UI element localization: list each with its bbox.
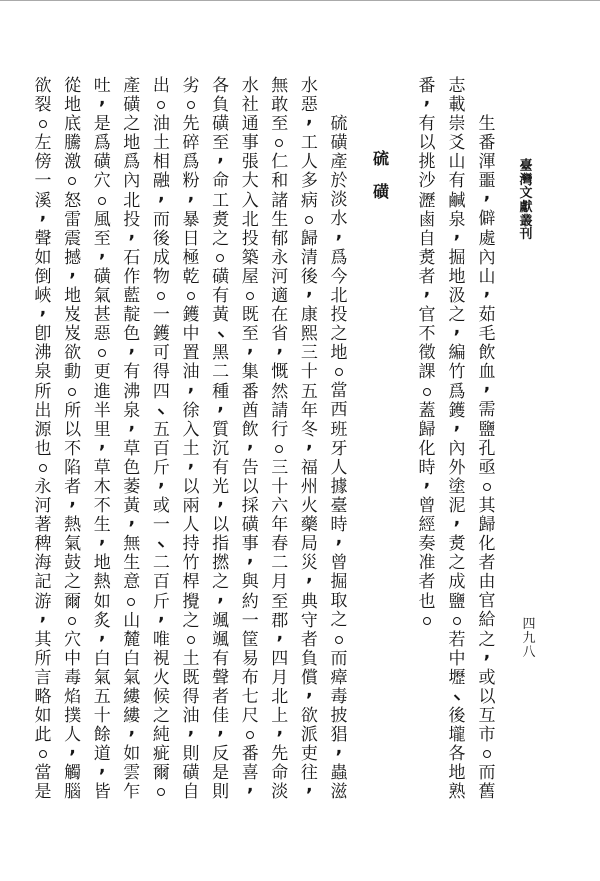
text-column: 各負磺至，命工煑之。磺有黃、黑二種，質沉有光，以指撚之，颯颯有聲者佳，反是則 xyxy=(211,77,231,803)
text-column: 生番渾噩，僻處內山，茹毛飲血，需鹽孔亟。其歸化者由官給之，或以互市。而舊 xyxy=(477,115,497,802)
text-column: 硫磺產於淡水，爲今北投之地。當西班牙人據臺時，曾掘取之。而瘴毒披猖，蟲滋 xyxy=(329,115,349,802)
text-column: 水惡，工人多病。歸清後，康熙三十五年冬，福州火藥局災，典守者負償，欲派吏往， xyxy=(299,77,319,803)
running-title: 臺灣文獻叢刊 xyxy=(516,160,536,242)
text-column: 欲裂。左傍一溪，聲如倒峽，卽沸泉所出源也。永河著稗海記游，其所言略如此。當是 xyxy=(33,77,53,803)
section-heading: 硫磺 xyxy=(371,150,391,216)
text-column: 無敢至。仁和諸生郁永河適在省，慨然請行。三十六年春二月至郡，四月北上，先命淡 xyxy=(270,77,290,803)
text-column: 番，有以挑沙瀝鹵自煑者，官不徵課。蓋歸化時，曾經奏准者也。 xyxy=(417,77,437,631)
text-column: 志載崇爻山有鹹泉，掘地汲之，編竹爲鑊，內外塗泥，煑之成鹽。若中壢、後壠各地熟 xyxy=(447,77,467,803)
text-column: 劣。先碎爲粉，暴日極乾。鑊中置油，徐入土，以兩人持竹桿攪之。土既得油，則磺自 xyxy=(181,77,201,803)
text-column: 出。油土相融，而後成物。一鑊可得四、五百斤，或一、二百斤，唯視火候之純疵爾。 xyxy=(151,77,171,803)
page-top-edge xyxy=(0,0,600,1)
page-number: 四九八 xyxy=(519,618,539,660)
text-column: 從地底騰激。怒雷震撼，地岌岌欲動。所以不陷者，熱氣鼓之爾。穴中毒焰撲人，觸腦 xyxy=(63,77,83,803)
text-column: 水社通事張大入北投築屋。既至，集番酋飲，告以採磺事，與約一筐易布七尺。番喜， xyxy=(240,77,260,803)
text-column: 吐，是爲磺穴。風至，磺氣甚惡。更進半里，草木不生，地熱如炙，白氣五十餘道，皆 xyxy=(92,77,112,803)
text-column: 產磺之地爲內北投，石作藍靛色，有沸泉，草色萎黃，無生意。山麓白氣縷縷，如雲乍 xyxy=(122,77,142,803)
